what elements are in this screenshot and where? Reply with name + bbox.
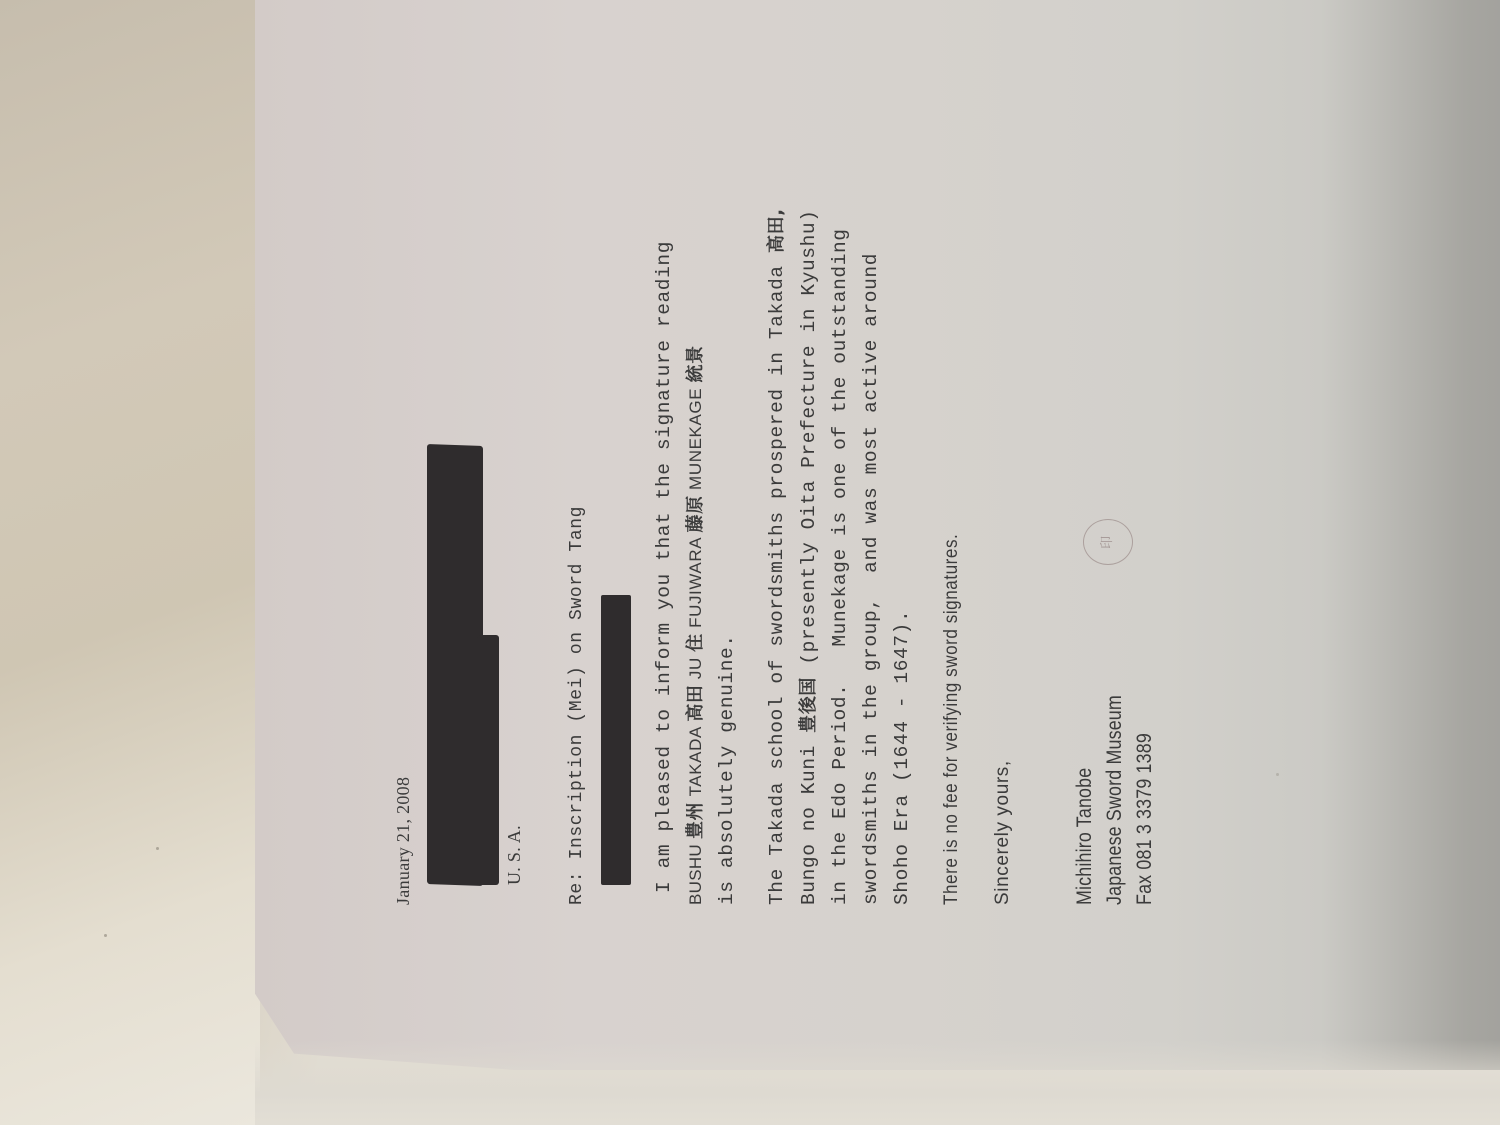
letter-subject: Re: Inscription (Mei) on Sword Tang [562, 145, 593, 905]
closing: Sincerely yours, [987, 145, 1018, 905]
fee-note: There is no fee for verifying sword sign… [936, 221, 967, 905]
paragraph-line: swordsmiths in the group, and was most a… [856, 145, 887, 905]
paragraph-history: The Takada school of swordsmiths prosper… [761, 145, 918, 905]
signatory-name: Michihiro Tanobe [1070, 259, 1100, 905]
romaji-fujiwara: FUJIWARA [686, 532, 705, 633]
kanji-fujiwara: 藤原 [685, 495, 706, 532]
paragraph-line: Bungo no Kuni 豊後国 (presently Oita Prefec… [793, 145, 825, 905]
signature-block: Sincerely yours, 印 Michihiro Tanobe Japa… [987, 145, 1160, 905]
table-speck [156, 847, 159, 850]
history-text: Bungo no Kuni [798, 733, 820, 905]
recipient-country: U. S. A. [499, 825, 530, 885]
kanji-takada: 高田 [685, 684, 706, 721]
signatory-organization: Japanese Sword Museum [1100, 259, 1130, 905]
fax-number: Fax 081 3 3379 1389 [1130, 259, 1160, 905]
letter-date: January 21, 2008 [388, 145, 419, 905]
kanji-munekage: 統景 [685, 345, 706, 382]
signatory: Michihiro Tanobe Japanese Sword Museum F… [1070, 259, 1160, 905]
recipient-address: U. S. A. [427, 145, 532, 905]
paragraph-verification: I am pleased to inform you that the sign… [649, 145, 743, 905]
romaji-munekage: MUNEKAGE [686, 383, 705, 496]
paragraph-line: Shoho Era (1644 - 1647). [887, 145, 918, 905]
table-surface [0, 0, 260, 1125]
redacted-address [427, 444, 483, 886]
redacted-salutation [601, 595, 631, 885]
paragraph-line: I am pleased to inform you that the sign… [649, 145, 680, 905]
paragraph-line: in the Edo Period. Munekage is one of th… [825, 145, 856, 905]
romaji-bushu: BUSHU [686, 839, 705, 905]
paragraph-line: The Takada school of swordsmiths prosper… [761, 145, 793, 905]
paragraph-fee: There is no fee for verifying sword sign… [936, 145, 967, 905]
redacted-address-line [477, 635, 499, 885]
romaji-ju: JU [686, 652, 705, 685]
signature-reading-line: BUSHU 豊州 TAKADA 高田 JU 住 FUJIWARA 藤原 MUNE… [680, 145, 712, 905]
paper-bottom-shadow [255, 1040, 1500, 1125]
kanji-bungo-no-kuni: 豊後国 [798, 677, 819, 733]
letter-body: January 21, 2008 U. S. A. Re: Inscriptio… [388, 145, 1160, 905]
table-speck [104, 934, 107, 937]
paper-speck [1276, 773, 1279, 776]
history-text: The Takada school of swordsmiths prosper… [766, 253, 788, 905]
history-text: (presently Oita Prefecture in Kyushu) [798, 209, 820, 676]
kanji-takada: 高田, [766, 208, 787, 253]
kanji-ju: 住 [685, 633, 706, 652]
kanji-bushu: 豊州 [685, 802, 706, 839]
paragraph-line: is absolutely genuine. [712, 145, 743, 905]
romaji-takada: TAKADA [686, 722, 705, 802]
